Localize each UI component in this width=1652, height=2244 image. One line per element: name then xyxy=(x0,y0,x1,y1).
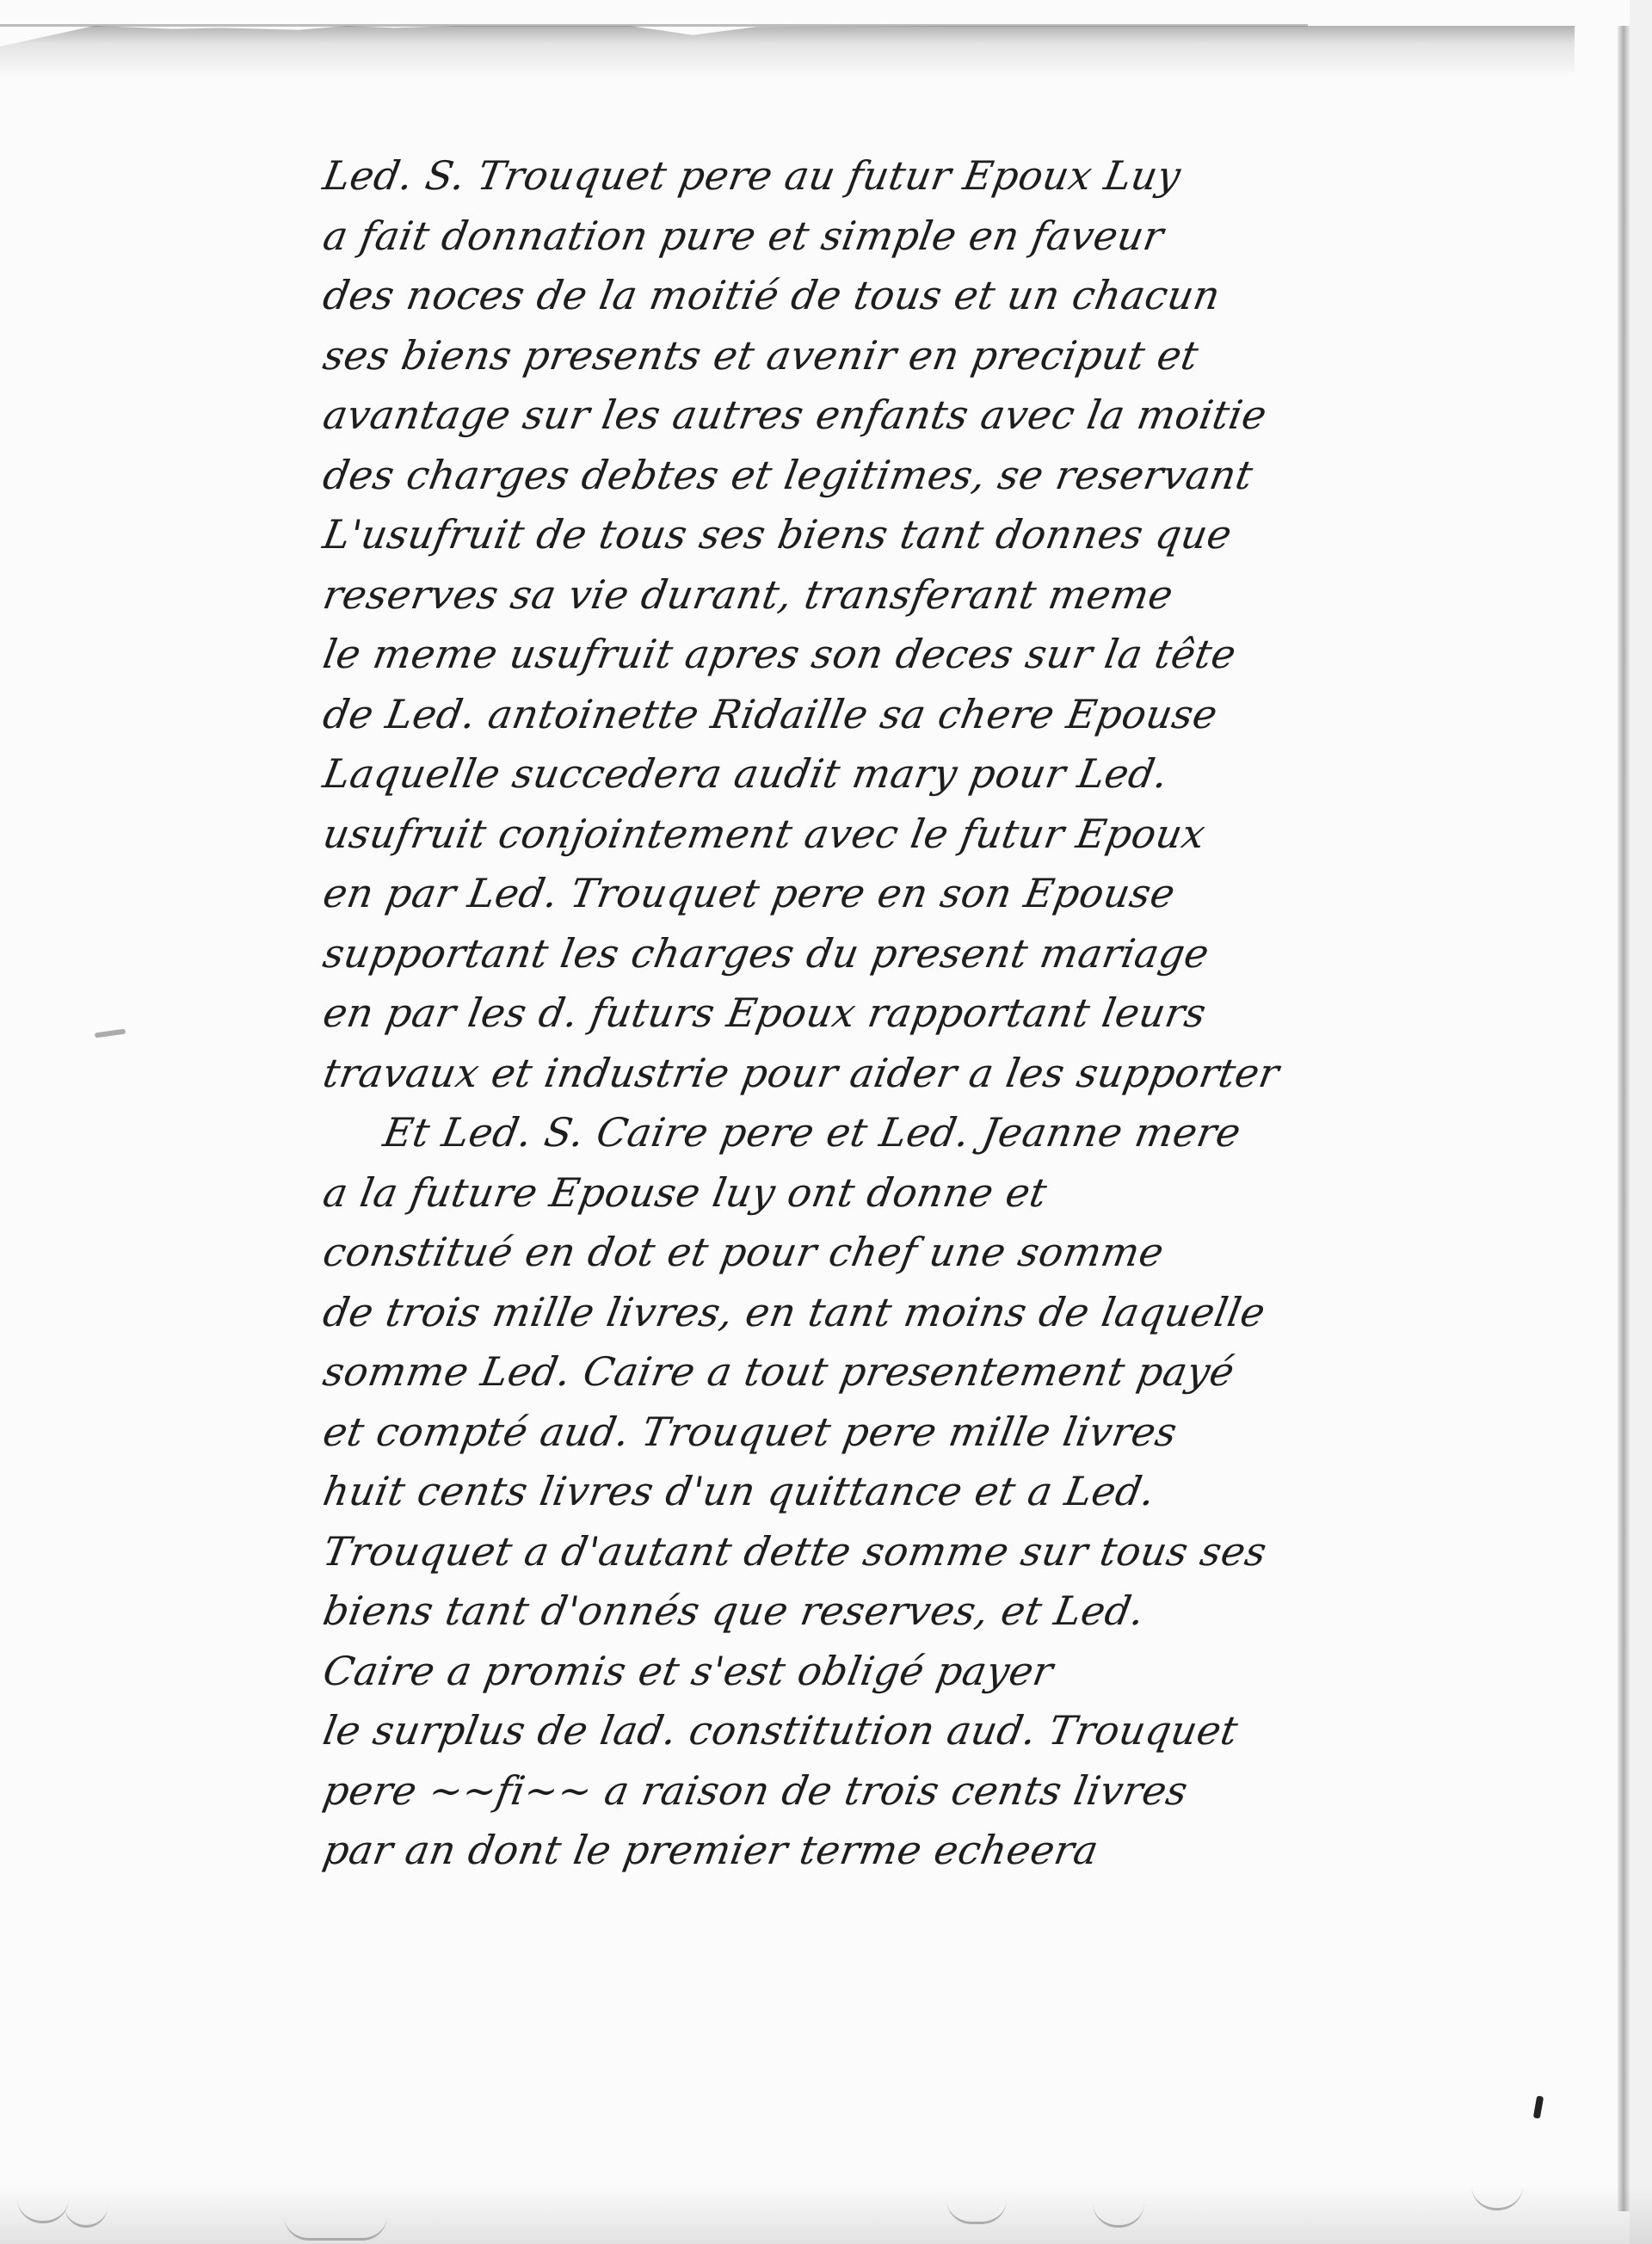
manuscript-line-28: pere ~~fi~~ a raison de trois cents livr… xyxy=(318,1761,1550,1822)
manuscript-line-25: biens tant d'onnés que reserves, et Led. xyxy=(318,1581,1550,1642)
manuscript-line-1: Led. S. Trouquet pere au futur Epoux Luy xyxy=(318,146,1550,207)
manuscript-line-4: ses biens presents et avenir en preciput… xyxy=(318,326,1550,386)
binding-fold-shadow xyxy=(1618,26,1630,2211)
manuscript-line-3: des noces de la moitié de tous et un cha… xyxy=(318,266,1550,326)
handwritten-text-block: Led. S. Trouquet pere au futur Epoux Luy… xyxy=(318,146,1540,1881)
manuscript-line-26: Caire a promis et s'est obligé payer xyxy=(318,1642,1550,1702)
manuscript-line-20: de trois mille livres, en tant moins de … xyxy=(318,1283,1550,1343)
torn-top-edge xyxy=(0,26,1575,77)
manuscript-line-16: travaux et industrie pour aider a les su… xyxy=(318,1044,1550,1104)
manuscript-line-22: et compté aud. Trouquet pere mille livre… xyxy=(318,1402,1550,1463)
margin-ink-mark xyxy=(95,1029,126,1039)
manuscript-line-13: en par Led. Trouquet pere en son Epouse xyxy=(318,864,1550,924)
manuscript-line-6: des charges debtes et legitimes, se rese… xyxy=(318,446,1550,506)
manuscript-line-24: Trouquet a d'autant dette somme sur tous… xyxy=(318,1522,1550,1582)
manuscript-line-15: en par les d. futurs Epoux rapportant le… xyxy=(318,983,1550,1044)
manuscript-line-14: supportant les charges du present mariag… xyxy=(318,924,1550,984)
manuscript-line-21: somme Led. Caire a tout presentement pay… xyxy=(318,1342,1550,1402)
manuscript-line-8: reserves sa vie durant, transferant meme xyxy=(318,565,1550,626)
manuscript-line-27: le surplus de lad. constitution aud. Tro… xyxy=(318,1701,1550,1761)
manuscript-line-7: L'usufruit de tous ses biens tant donnes… xyxy=(318,505,1550,565)
manuscript-line-2: a fait donnation pure et simple en faveu… xyxy=(318,207,1550,267)
torn-bottom-edge xyxy=(0,2185,1652,2244)
manuscript-line-23: huit cents livres d'un quittance et a Le… xyxy=(318,1462,1550,1522)
manuscript-line-12: usufruit conjointement avec le futur Epo… xyxy=(318,805,1550,865)
bottom-tear-3 xyxy=(284,2216,387,2241)
manuscript-line-11: Laquelle succedera audit mary pour Led. xyxy=(318,744,1550,805)
right-margin-strip xyxy=(1630,0,1652,2244)
line-end-ink-mark xyxy=(1533,2096,1544,2119)
manuscript-line-29: par an dont le premier terme echeera xyxy=(318,1821,1550,1881)
manuscript-line-9: le meme usufruit apres son deces sur la … xyxy=(318,625,1550,685)
manuscript-line-5: avantage sur les autres enfants avec la … xyxy=(318,385,1550,446)
manuscript-line-10: de Led. antoinette Ridaille sa chere Epo… xyxy=(318,685,1550,745)
manuscript-line-17: Et Led. S. Caire pere et Led. Jeanne mer… xyxy=(318,1103,1550,1163)
manuscript-line-19: constitué en dot et pour chef une somme xyxy=(318,1223,1550,1283)
manuscript-line-18: a la future Epouse luy ont donne et xyxy=(318,1163,1550,1224)
manuscript-sheet: Led. S. Trouquet pere au futur Epoux Luy… xyxy=(0,0,1652,2244)
